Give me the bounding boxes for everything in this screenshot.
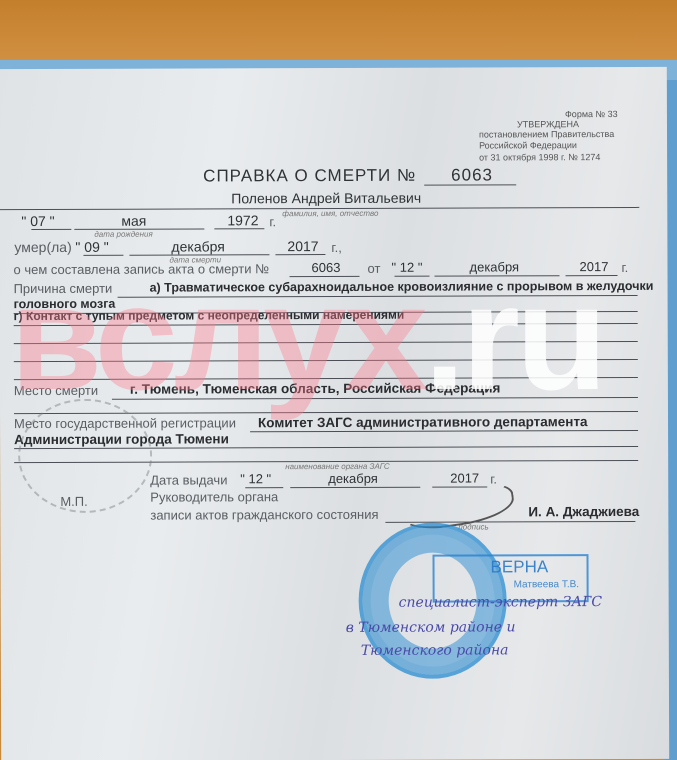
underline bbox=[31, 229, 71, 230]
issue-date-label: Дата выдачи bbox=[150, 472, 227, 487]
birth-month: мая bbox=[121, 213, 146, 229]
underline bbox=[245, 487, 283, 488]
watermark-main: вслух bbox=[10, 253, 424, 421]
underline bbox=[424, 184, 516, 185]
birth-day: 07 bbox=[30, 213, 46, 229]
underline bbox=[290, 487, 420, 488]
form-number: Форма № 33 bbox=[565, 109, 618, 119]
head-label-line2: записи актов гражданского состояния bbox=[150, 507, 378, 523]
death-year: 2017 bbox=[287, 238, 318, 254]
underline bbox=[214, 228, 264, 229]
document-title: СПРАВКА О СМЕРТИ № bbox=[203, 166, 416, 187]
watermark-tld: .ru bbox=[424, 253, 604, 421]
underline bbox=[250, 430, 638, 432]
site-watermark: вслух.ru bbox=[10, 262, 604, 412]
registration-caption: наименование органа ЗАГС bbox=[285, 462, 389, 471]
handwritten-note-line3: Тюменского района bbox=[361, 642, 509, 659]
birth-year-suffix: г. bbox=[269, 214, 276, 229]
certificate-number: 6063 bbox=[451, 165, 493, 185]
approved-by-line3: от 31 октября 1998 г. № 1274 bbox=[479, 152, 600, 162]
approved-by-line2: Российской Федерации bbox=[479, 140, 577, 150]
name-caption: фамилия, имя, отчество bbox=[282, 209, 378, 218]
handwritten-note-line2: в Тюменском районе и bbox=[346, 619, 516, 636]
issue-month: декабря bbox=[328, 471, 378, 486]
copy-stamp-name: Матвеева Т.В. bbox=[514, 579, 580, 590]
birth-year: 1972 bbox=[227, 212, 258, 228]
birth-caption: дата рождения bbox=[94, 230, 152, 239]
record-year-suffix: г. bbox=[621, 260, 628, 275]
deceased-name: Поленов Андрей Витальевич bbox=[231, 190, 421, 207]
handwritten-note-line1: специалист-эксперт ЗАГС bbox=[399, 594, 602, 611]
copy-stamp-title: ВЕРНА bbox=[491, 557, 549, 577]
approved-by-line1: постановлением Правительства bbox=[479, 129, 614, 139]
approved-label: УТВЕРЖДЕНА bbox=[517, 119, 579, 129]
head-label-line1: Руководитель органа bbox=[150, 489, 278, 504]
head-name: И. А. Джаджиева bbox=[528, 504, 639, 519]
issue-day: 12 bbox=[248, 471, 263, 486]
